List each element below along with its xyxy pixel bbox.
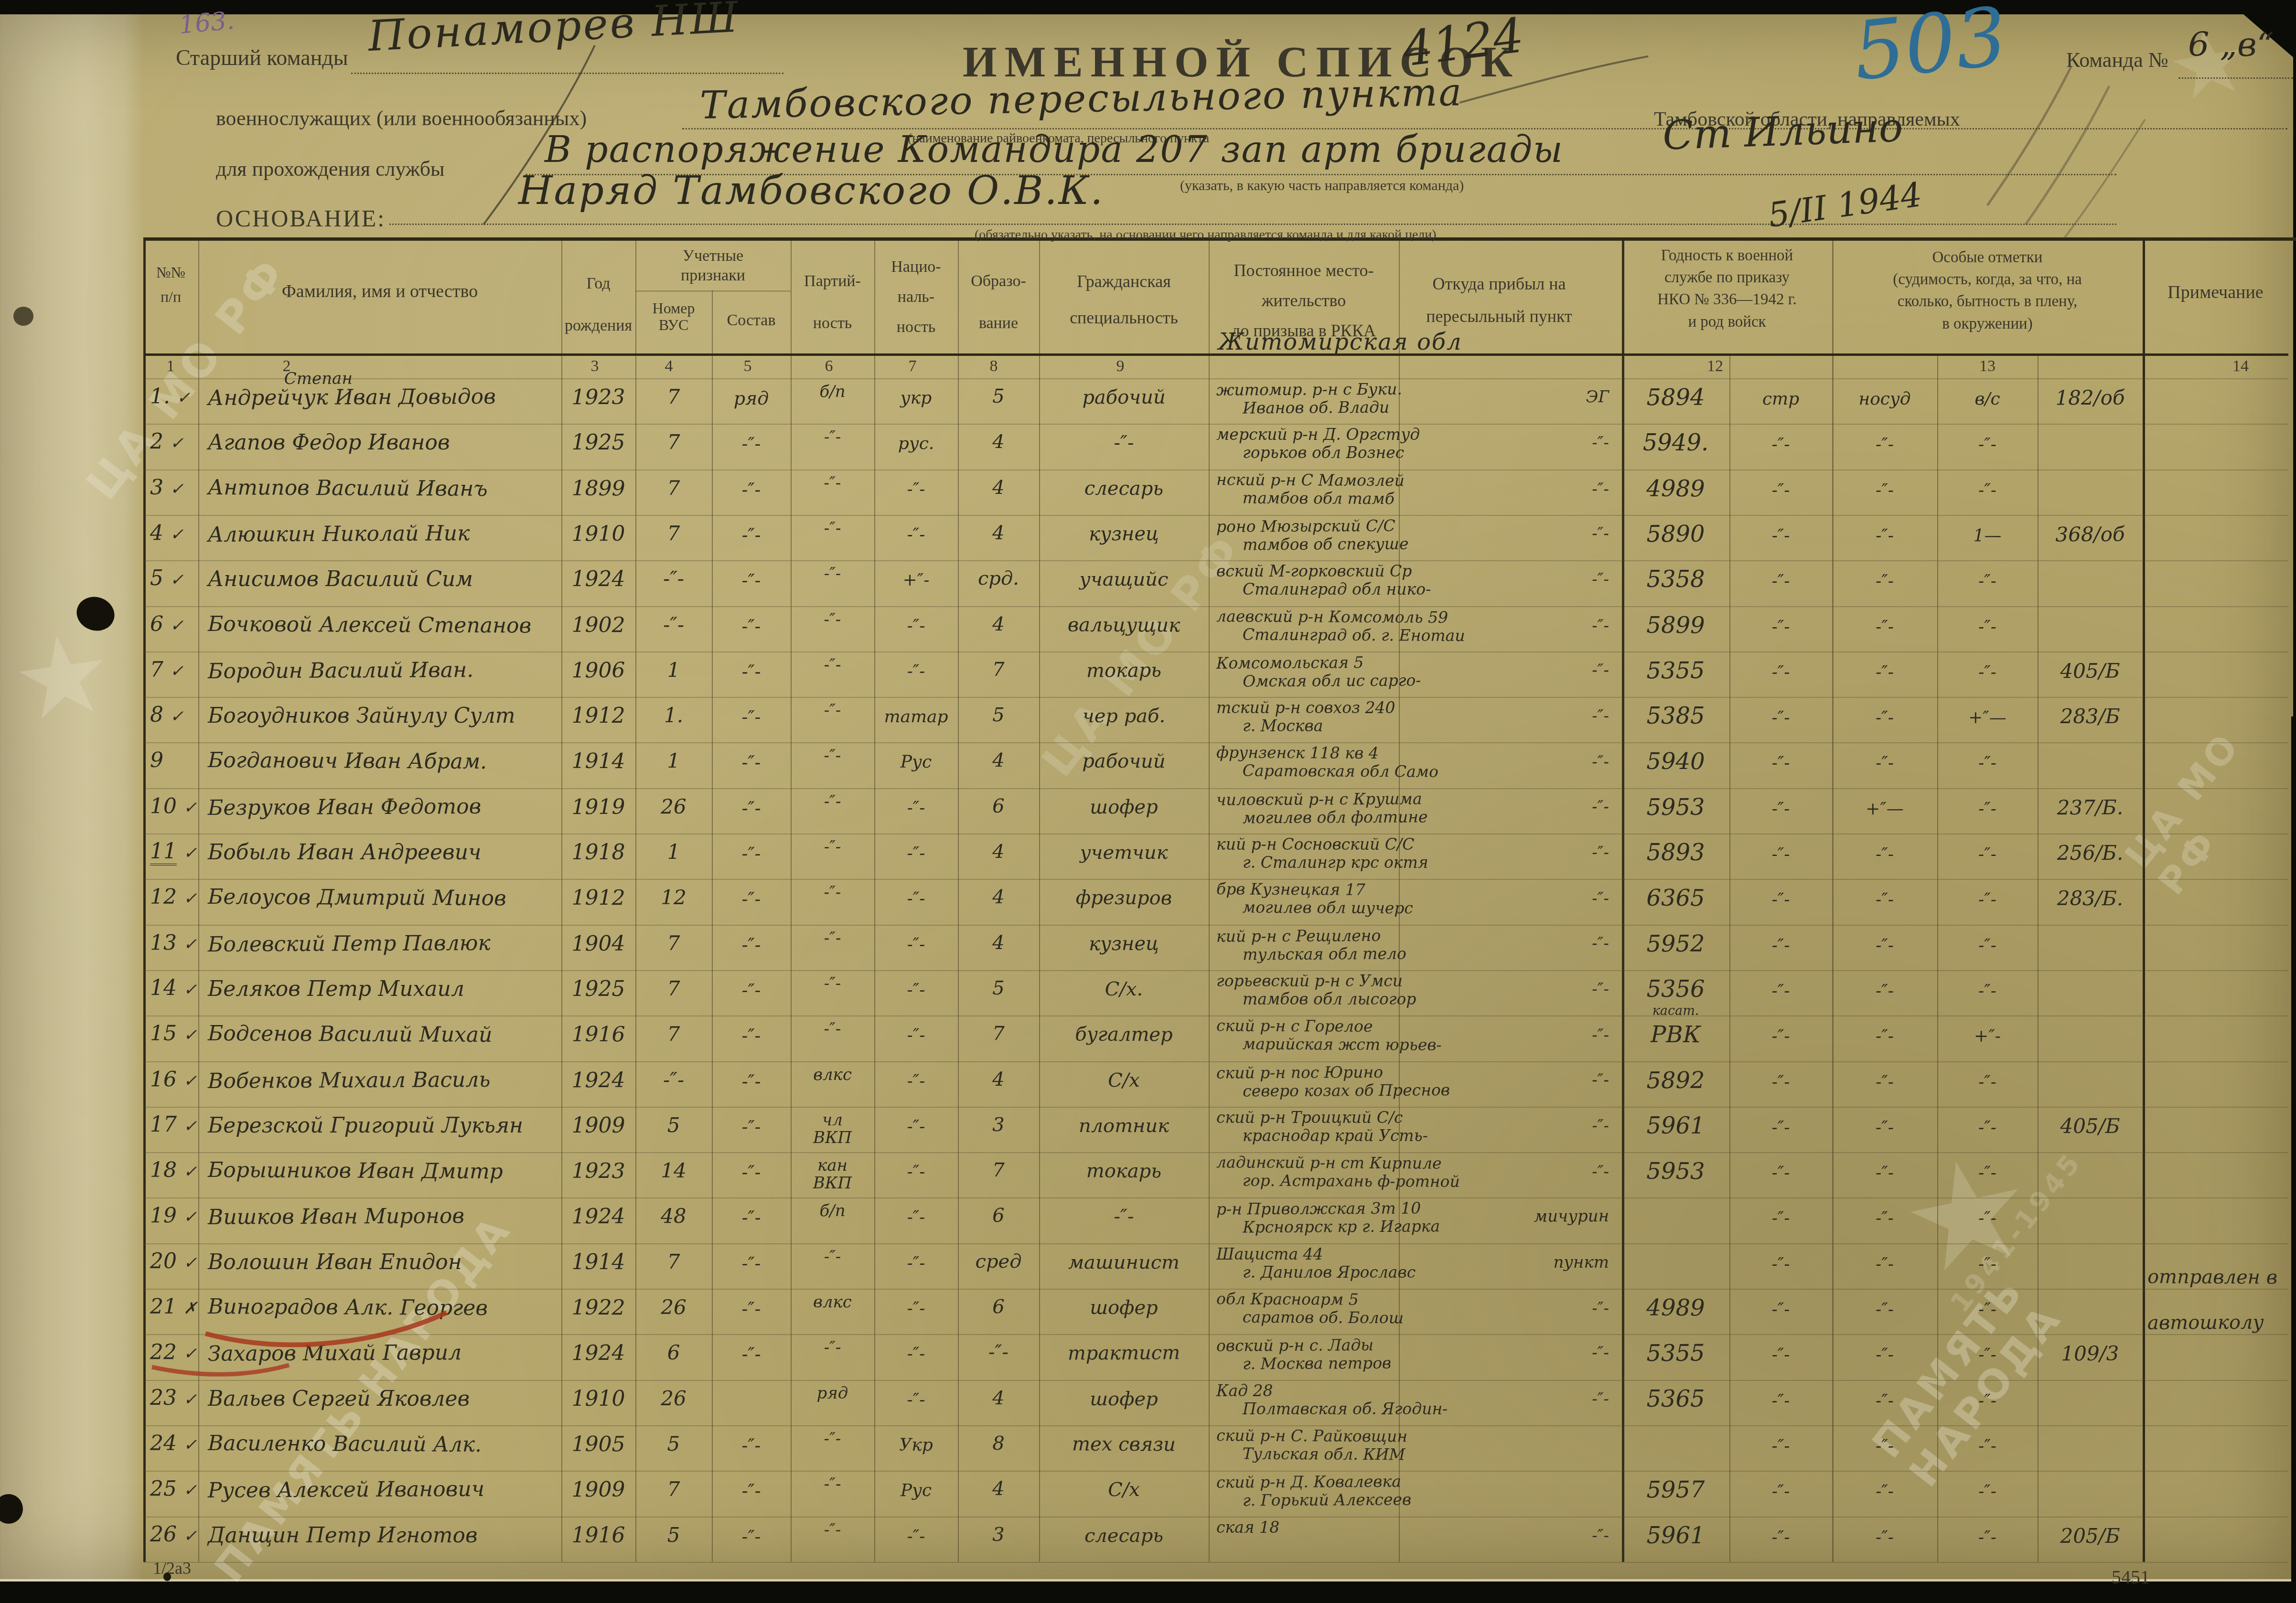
cell-ft: 5953 <box>1622 794 1729 820</box>
cell-og: -″- <box>1399 1026 1623 1045</box>
cell-yr: 1910 <box>561 522 635 545</box>
cell-cc: -″- <box>1937 1482 2038 1502</box>
cell-vus: 14 <box>635 1160 712 1182</box>
cell-cc: -″- <box>1937 754 2038 773</box>
cell-so: -″- <box>712 1435 791 1456</box>
serial-number: 5451 <box>2112 1566 2150 1588</box>
cell-so: -″- <box>712 1208 791 1229</box>
cell-cc: 1— <box>1937 526 2038 545</box>
cell-cb: -″- <box>1832 481 1937 500</box>
cell-ca: -″- <box>1729 845 1832 864</box>
cell-yr: 1924 <box>561 1342 635 1365</box>
column-number: 13 <box>1968 357 2006 375</box>
cell-ed: 4 <box>958 1069 1039 1090</box>
cell-na: Рус <box>874 753 958 772</box>
cell-og: -″- <box>1399 981 1623 998</box>
cell-og: -″- <box>1399 752 1623 771</box>
cell-yr: 1906 <box>561 659 635 682</box>
cell-vus: 26 <box>635 1388 712 1410</box>
cell-pa: -″- <box>791 747 874 765</box>
cell-sp: слесарь <box>1039 1525 1209 1546</box>
cell-yr: 1924 <box>561 568 635 591</box>
cell-nm: Вишков Иван Миронов <box>198 1204 571 1229</box>
cell-ed: 4 <box>958 477 1039 498</box>
cell-vus: 5 <box>635 1114 712 1136</box>
cell-cb: -″- <box>1832 1118 1937 1137</box>
cell-yr: 1918 <box>561 841 635 864</box>
cell-pa: -″- <box>791 929 874 947</box>
cell-na: -″- <box>874 1163 958 1182</box>
cell-cb: -″- <box>1832 663 1937 682</box>
cell-yr: 1912 <box>561 705 635 727</box>
cell-ft: 5355 <box>1622 658 1729 684</box>
cell-nt: отправлен в <box>2143 1266 2296 1288</box>
cell-so: -″- <box>712 935 791 955</box>
cell-ed: 4 <box>958 750 1039 771</box>
cell-cb: -″- <box>1832 845 1937 864</box>
cell-yr: 1923 <box>561 1160 635 1183</box>
cell-ed: 4 <box>958 522 1039 544</box>
cell-vus: 6 <box>635 1342 712 1364</box>
cell-cb: -″- <box>1832 1209 1937 1229</box>
cell-pa: -″- <box>791 1248 874 1266</box>
cell-sp: -″- <box>1039 1206 1209 1228</box>
cell-na: -″- <box>874 1299 958 1319</box>
cell-cb: -″- <box>1832 708 1937 727</box>
grid-hline <box>143 424 2288 425</box>
cell-ed: 5 <box>958 705 1039 726</box>
cell-nm: Бочковой Алексей Степанов <box>198 612 571 637</box>
cell-cb: -″- <box>1832 936 1937 955</box>
cell-ft: 6365 <box>1622 886 1729 911</box>
cell-nm: Василенко Василий Алк. <box>198 1432 571 1457</box>
cell-ca: -″- <box>1729 754 1832 773</box>
cell-yr: 1904 <box>561 932 635 955</box>
cell-vus: 7 <box>635 978 712 1000</box>
cell-na: -″- <box>874 1527 958 1546</box>
cell-ft: 5892 <box>1622 1068 1729 1093</box>
cell-cc: -″- <box>1937 1255 2038 1274</box>
cell-nt: автошколу <box>2143 1312 2296 1334</box>
cell-ed: 5 <box>958 978 1039 999</box>
cell-vus: 1. <box>635 705 712 727</box>
cell-vus: 7 <box>635 522 712 545</box>
column-header: Партий-ность <box>791 260 874 345</box>
cell-na: +″- <box>874 571 958 590</box>
cell-ed: 4 <box>958 431 1039 452</box>
cell-sp: -″- <box>1039 432 1209 453</box>
residence-overlay-note: Житомирская обл <box>1218 329 1462 355</box>
grid-hline <box>143 1562 2288 1563</box>
cell-so: -″- <box>712 571 791 591</box>
column-header: Гражданскаяспециальность <box>1039 264 1209 336</box>
cell-cb: -″- <box>1832 1300 1937 1319</box>
senior-underline <box>351 73 783 74</box>
column-number: 7 <box>893 357 932 375</box>
cell-cb: -″- <box>1832 1436 1937 1456</box>
cell-vus: 26 <box>635 1296 712 1319</box>
cell-vus: -″- <box>635 613 712 636</box>
cell-og: -″- <box>1399 707 1623 725</box>
cell-na: -″- <box>874 798 958 818</box>
cell-ca: -″- <box>1729 435 1832 454</box>
cell-ft: 5358 <box>1622 567 1729 592</box>
cell-nm: Агапов Федор Иванов <box>198 431 571 454</box>
grid-hline <box>143 788 2288 789</box>
cell-na: -″- <box>874 616 958 636</box>
cell-cc: +″— <box>1937 708 2038 727</box>
cell-og: -″- <box>1399 662 1623 681</box>
cell-cc: -″- <box>1937 1346 2038 1365</box>
cell-ed: 6 <box>958 1205 1039 1227</box>
cell-pa: -″- <box>791 565 874 583</box>
cell-pa: б/п <box>791 383 874 401</box>
column-header: Учетныепризнаки <box>635 246 791 286</box>
cell-ft: 5890 <box>1622 521 1729 547</box>
cell-og: -″- <box>1399 1117 1623 1135</box>
cell-sp: трактист <box>1039 1342 1209 1364</box>
column-number: 9 <box>1101 357 1139 375</box>
cell-nm: Борышников Иван Дмитр <box>198 1159 571 1184</box>
cell-cc: -″- <box>1937 572 2038 591</box>
cell-so: -″- <box>712 1163 791 1183</box>
cell-na: -″- <box>874 844 958 863</box>
cell-ca: -″- <box>1729 526 1832 545</box>
cell-vus: 26 <box>635 795 712 818</box>
cell-ed: 7 <box>958 1160 1039 1181</box>
cell-cc: -″- <box>1937 1164 2038 1183</box>
cell-vus: 7 <box>635 477 712 499</box>
cell-so: -″- <box>712 1345 791 1365</box>
cell-cb: -″- <box>1832 1482 1937 1502</box>
cell-cc: -″- <box>1937 617 2038 637</box>
cell-nm: Алюшкин Николай Ник <box>198 522 571 546</box>
line3-value: В распоряжение Командира 207 зап арт бри… <box>545 128 1564 171</box>
cell-nm: Березской Григорий Лукьян <box>198 1114 571 1137</box>
cell-pa: -″- <box>791 656 874 674</box>
cell-nm: Бобыль Иван Андреевич <box>198 841 571 864</box>
cell-yr: 1919 <box>561 795 635 819</box>
cell-so: -″- <box>712 798 791 819</box>
cell-ft: 4989 <box>1622 476 1729 502</box>
grid-hline <box>143 652 2288 652</box>
cell-cc: -″- <box>1937 1391 2038 1411</box>
column-header: №№п/п <box>143 260 198 309</box>
cell-ca: -″- <box>1729 1436 1832 1456</box>
cell-yr: 1924 <box>561 1205 635 1229</box>
cell-cc: -″- <box>1937 435 2038 454</box>
cell-cc: -″- <box>1937 1209 2038 1229</box>
cell-vus: 48 <box>635 1205 712 1228</box>
cell-cc: -″- <box>1937 845 2038 864</box>
paper-blemish <box>13 307 33 326</box>
cell-pa: -″- <box>791 975 874 993</box>
cell-sp: шофер <box>1039 1389 1209 1410</box>
cell-so: -″- <box>712 1026 791 1047</box>
cell-ca: -″- <box>1729 1027 1832 1047</box>
cell-ca: стр <box>1729 389 1832 409</box>
cell-og: мичурин <box>1399 1208 1623 1227</box>
line3-smallprint: (указать, в какую часть направляется ком… <box>1180 178 1464 194</box>
cell-mk: 283/Б. <box>2038 887 2143 910</box>
cell-vus: 7 <box>635 1478 712 1501</box>
cell-sp: С/х <box>1039 1069 1209 1091</box>
cell-og: -″- <box>1399 798 1623 817</box>
cell-ed: 4 <box>958 887 1039 908</box>
cell-nm: Бодсенов Василий Михай <box>198 1022 571 1047</box>
cell-sp: токарь <box>1039 1160 1209 1182</box>
cell-vus: 7 <box>635 1251 712 1273</box>
cell-so: -″- <box>712 1254 791 1274</box>
cell-sp: кузнец <box>1039 933 1209 955</box>
column-header: Примечание <box>2143 282 2288 304</box>
cell-ca: -″- <box>1729 663 1832 682</box>
cell-na: -″- <box>874 1208 958 1228</box>
cell-ca: -″- <box>1729 1164 1832 1183</box>
cell-pa: -″- <box>791 1020 874 1038</box>
cell-so: -″- <box>712 753 791 773</box>
grid-hline <box>143 515 2288 516</box>
cell-yr: 1925 <box>561 978 635 1001</box>
cell-ft: 5957 <box>1622 1477 1729 1503</box>
cell-vus: 5 <box>635 1524 712 1546</box>
column-header: Образо-вание <box>958 260 1039 345</box>
cell-sp: чер раб. <box>1039 705 1209 727</box>
cell-nm: Данщин Петр Игнотов <box>198 1524 571 1547</box>
cell-vus: 7 <box>635 386 712 408</box>
line3-value2: Ст Ильино <box>1662 104 1903 159</box>
senior-label: Старший команды <box>176 45 348 70</box>
cell-na: -″- <box>874 1390 958 1410</box>
cell-pa: канВКП <box>791 1157 874 1193</box>
cell-so: -″- <box>712 844 791 864</box>
grid-hline <box>635 290 791 292</box>
cell-yr: 1914 <box>561 750 635 773</box>
grid-hline <box>143 1471 2288 1472</box>
cell-pa: -″- <box>791 884 874 902</box>
cell-vus: 5 <box>635 1432 712 1455</box>
cell-nm: Виноградов Алк. Георгев <box>198 1295 571 1320</box>
cell-og: -″- <box>1399 1299 1623 1318</box>
cell-so: -″- <box>712 981 791 1001</box>
cell-vus: -″- <box>635 568 712 590</box>
cell-pa: -″- <box>791 428 874 446</box>
cell-cc: -″- <box>1937 1118 2038 1137</box>
cell-pa: -″- <box>791 1430 874 1448</box>
cell-na: рус. <box>874 434 958 453</box>
cell-cc: +″- <box>1937 1027 2038 1047</box>
cell-cc: -″- <box>1937 890 2038 910</box>
cell-ed: 4 <box>958 932 1039 953</box>
cell-sp: учетчик <box>1039 842 1209 863</box>
cell-na: -″- <box>874 1345 958 1364</box>
cell-ca: -″- <box>1729 799 1832 819</box>
grid-hline <box>143 1243 2288 1244</box>
cell-mk: 237/Б. <box>2038 796 2143 819</box>
team-label: Команда № <box>2066 48 2168 72</box>
cell-sp: слесарь <box>1039 478 1209 500</box>
cell-sp: С/х. <box>1039 979 1209 1000</box>
cell-cb: -″- <box>1832 526 1937 545</box>
cell-cc: -″- <box>1937 481 2038 500</box>
team-underline <box>2178 77 2293 79</box>
cell-cc: -″- <box>1937 1528 2038 1547</box>
column-header: Фамилия, имя и отчество <box>198 281 561 303</box>
cell-ca: -″- <box>1729 936 1832 955</box>
cell-sp: рабочий <box>1039 750 1209 772</box>
grid-hline <box>143 1334 2288 1335</box>
cell-sp: плотник <box>1039 1115 1209 1136</box>
cell-ed: 8 <box>958 1432 1039 1454</box>
cell-ed: срд. <box>958 568 1039 589</box>
cell-vus: 1 <box>635 659 712 681</box>
scan-edge-artifact <box>2291 716 2296 1603</box>
cell-ed: 4 <box>958 1478 1039 1500</box>
cell-cb: -″- <box>1832 1027 1937 1047</box>
cell-cb: -″- <box>1832 1255 1937 1274</box>
cell-cb: -″- <box>1832 1528 1937 1547</box>
grid-hline <box>143 970 2288 971</box>
cell-cb: -″- <box>1832 754 1937 773</box>
cell-nm: Волошин Иван Епидон <box>198 1251 571 1274</box>
cell-so: -″- <box>712 525 791 545</box>
cell-yr: 1924 <box>561 1069 635 1092</box>
cell-ed: -″- <box>958 1342 1039 1363</box>
column-number: 1 <box>151 357 190 375</box>
document-scan: ЦА МО РФЦА МО РФЦА МО РФПАМЯТЬ НАРОДАПАМ… <box>0 0 2296 1603</box>
cell-ca: -″- <box>1729 481 1832 500</box>
cell-mk: 182/об <box>2038 386 2143 409</box>
grid-hline <box>143 353 2288 356</box>
cell-cc: -″- <box>1937 1072 2038 1092</box>
cell-so: -″- <box>712 616 791 637</box>
cell-nm: Андрейчук Иван ДовыдовСтепан <box>198 385 571 410</box>
line3-label: для прохождения службы <box>216 157 445 181</box>
line4-label: ОСНОВАНИЕ: <box>216 204 386 232</box>
column-number: 12 <box>1696 357 1734 375</box>
cell-cb: -″- <box>1832 617 1937 637</box>
cell-nm: Анисимов Василий Сим <box>198 568 571 591</box>
column-header: Годрождения <box>561 263 635 347</box>
cell-ca: -″- <box>1729 982 1832 1001</box>
cell-ed: 6 <box>958 795 1039 817</box>
cell-ca: -″- <box>1729 1118 1832 1137</box>
grid-hline <box>143 925 2288 926</box>
cell-vus: 7 <box>635 431 712 453</box>
cell-yr: 1923 <box>561 386 635 409</box>
cell-so: -″- <box>712 1071 791 1092</box>
cell-nm: Болевский Петр Павлюк <box>198 931 571 956</box>
cell-so: -″- <box>712 480 791 500</box>
cell-ft: 5893 <box>1622 840 1729 866</box>
column-number: 14 <box>2221 357 2260 375</box>
cell-na: укр <box>874 389 958 408</box>
cell-pa: члВКП <box>791 1111 874 1147</box>
cell-ed: 6 <box>958 1296 1039 1318</box>
cell-vus: 12 <box>635 887 712 909</box>
cell-ca: -″- <box>1729 708 1832 727</box>
grid-hline <box>143 1061 2288 1062</box>
cell-ca: -″- <box>1729 1346 1832 1365</box>
cell-ed: 3 <box>958 1114 1039 1135</box>
cell-ft: 5961 <box>1622 1113 1729 1139</box>
cell-yr: 1909 <box>561 1478 635 1502</box>
cell-ft: 5961 <box>1622 1523 1729 1549</box>
cell-ed: 7 <box>958 1023 1039 1045</box>
cell-yr: 1916 <box>561 1023 635 1047</box>
line4-smallprint: (обязательно указать, на основании чего … <box>975 227 1437 243</box>
grid-hline <box>143 1197 2288 1198</box>
cell-ft: 5953 <box>1622 1159 1729 1185</box>
cell-cb: +″— <box>1832 799 1937 819</box>
grid-vline <box>2143 237 2145 1562</box>
cell-nm: Беляков Петр Михаил <box>198 978 571 1001</box>
ink-spot <box>163 1572 171 1581</box>
column-header: Нацио-наль-ность <box>874 252 958 342</box>
cell-na: -″- <box>874 981 958 1000</box>
cell-ed: 3 <box>958 1524 1039 1545</box>
cell-cb: -″- <box>1832 982 1937 1001</box>
cell-cb: носуд <box>1832 389 1937 409</box>
column-number: 4 <box>650 357 688 375</box>
cell-vus: 1 <box>635 750 712 772</box>
cell-nm: Вобенков Михаил Василь <box>198 1068 571 1092</box>
cell-mk: 283/Б <box>2038 705 2143 727</box>
cell-cb: -″- <box>1832 1072 1937 1092</box>
cell-sp: фрезиров <box>1039 887 1209 909</box>
cell-mk: 109/3 <box>2038 1343 2143 1365</box>
column-header: Состав <box>712 311 791 329</box>
cell-ft: РВК <box>1622 1022 1729 1048</box>
cell-so: -″- <box>712 1299 791 1320</box>
cell-ft: 5365 <box>1622 1387 1729 1412</box>
cell-na: -″- <box>874 1254 958 1273</box>
cell-yr: 1912 <box>561 887 635 910</box>
grid-hline <box>143 697 2288 698</box>
cell-ed: 5 <box>958 386 1039 407</box>
cell-cc: -″- <box>1937 982 2038 1001</box>
cell-so: -″- <box>712 434 791 454</box>
cell-ed: сред <box>958 1251 1039 1272</box>
grid-hline <box>143 834 2288 834</box>
cell-nm: Захаров Михай Гаврил <box>198 1341 571 1366</box>
cell-sp: С/х <box>1039 1479 1209 1501</box>
cell-mk: 256/Б. <box>2038 842 2143 864</box>
grid-hline <box>143 1517 2288 1518</box>
cell-ed: 7 <box>958 659 1039 680</box>
cell-na: -″- <box>874 1026 958 1046</box>
cell-ca: -″- <box>1729 572 1832 591</box>
line4-underline <box>389 224 2116 225</box>
cell-ft: 5355 <box>1622 1341 1729 1367</box>
cell-ft: 4989 <box>1622 1295 1729 1321</box>
cell-na: -″- <box>874 662 958 681</box>
cell-og: ЭГ <box>1399 388 1623 407</box>
cell-res: ский р-н Д. Ковалевкаг. Горький Алексеев <box>1209 1472 1532 1509</box>
cell-og: -″- <box>1399 1390 1623 1408</box>
cell-pa: -″- <box>791 519 874 537</box>
cell-sp: вальцущик <box>1039 614 1209 636</box>
blue-stamp-number: 503 <box>1849 0 2011 98</box>
cell-og: -″- <box>1399 616 1623 635</box>
grid-hline <box>143 1107 2288 1108</box>
cell-ed: 4 <box>958 1388 1039 1409</box>
cell-yr: 1922 <box>561 1296 635 1320</box>
cell-yr: 1910 <box>561 1388 635 1411</box>
cell-so: -″- <box>712 1117 791 1137</box>
cell-pa: -″- <box>791 1521 874 1539</box>
cell-cc: -″- <box>1937 1436 2038 1456</box>
